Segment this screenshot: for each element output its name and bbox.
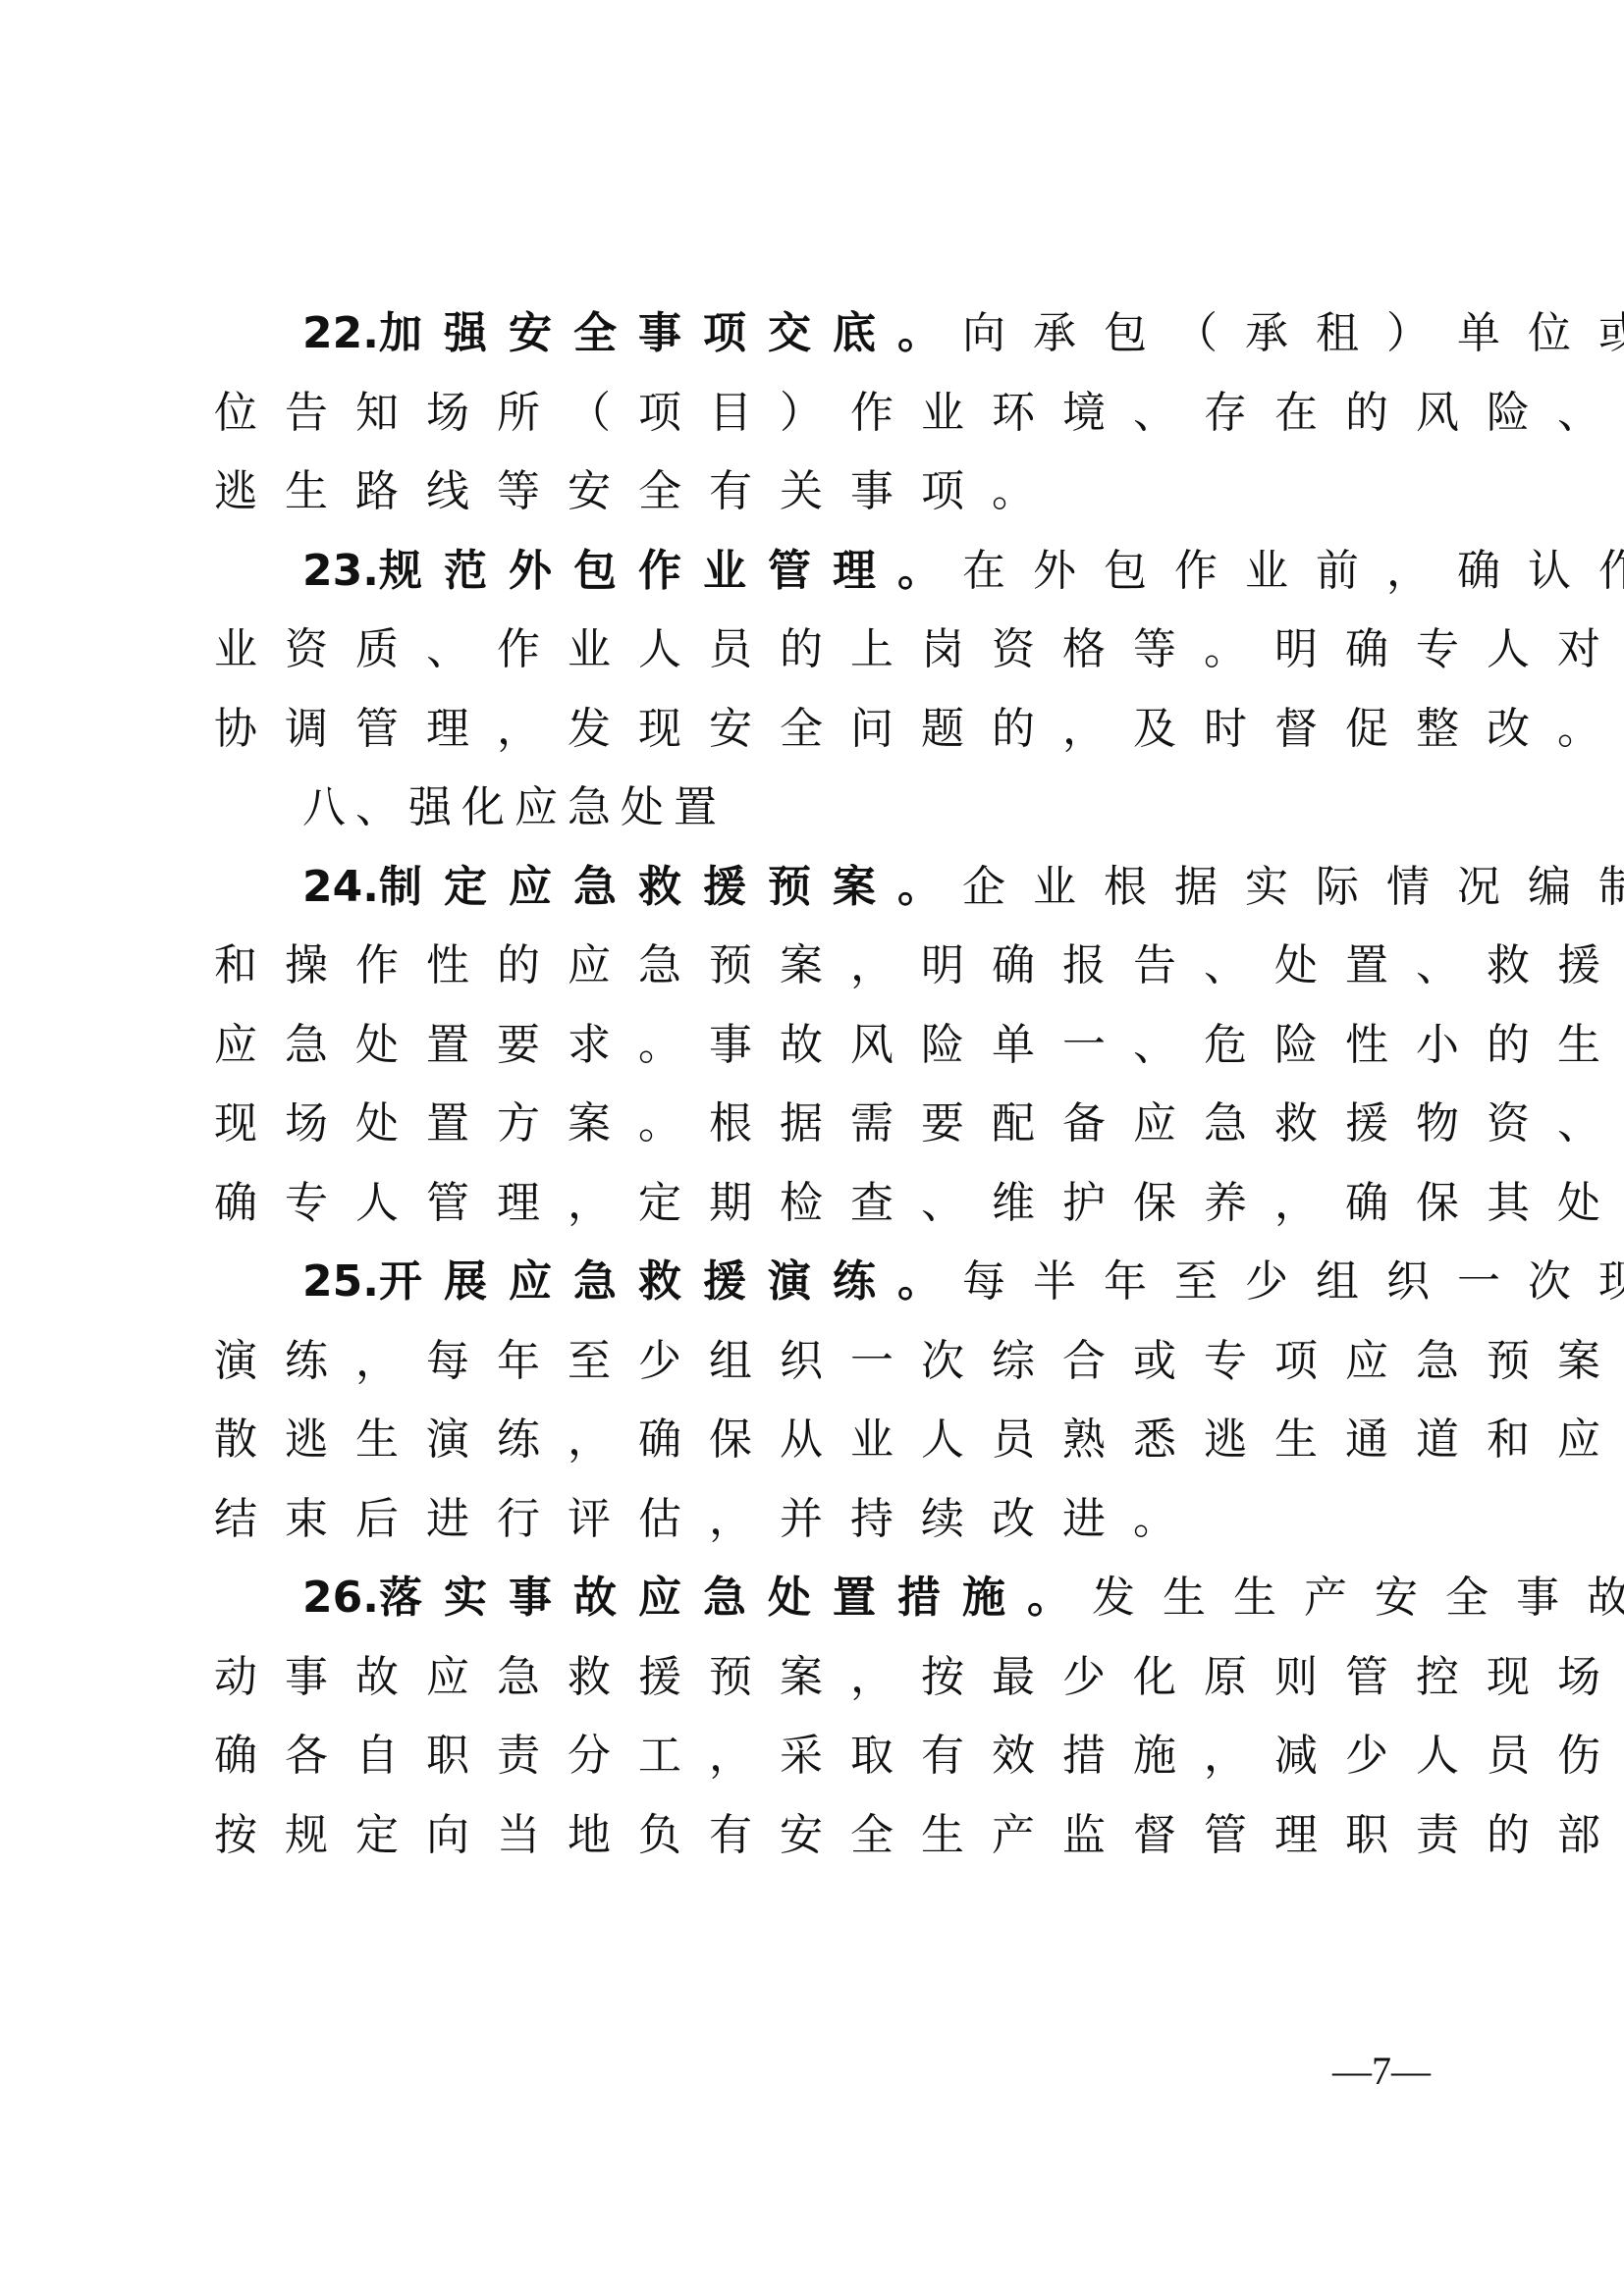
paragraph-23-line-1: 23.规范外包作业管理。在外包作业前，确认作业单位的作 [214, 532, 1432, 612]
paragraph-25-line-3: 散逃生演练，确保从业人员熟悉逃生通道和应急处置方法。演练 [214, 1401, 1432, 1480]
paragraph-22-line-3: 逃生路线等安全有关事项。 [214, 453, 1432, 532]
item-23-text-1: 在外包作业前，确认作业单位的作 [962, 546, 1624, 596]
item-25-title: 开展应急救援演练。 [379, 1256, 962, 1307]
paragraph-24-line-2: 和操作性的应急预案，明确报告、处置、救援和避险等事故初期 [214, 927, 1432, 1006]
section-heading: 八、强化应急处置 [214, 769, 1432, 848]
paragraph-22-line-1: 22.加强安全事项交底。向承包（承租）单位或外包作业单 [214, 294, 1432, 374]
document-body: 22.加强安全事项交底。向承包（承租）单位或外包作业单 位告知场所（项目）作业环… [214, 294, 1432, 1875]
paragraph-24-line-5: 确专人管理，定期检查、维护保养，确保其处于良好状态。 [214, 1164, 1432, 1244]
paragraph-24-line-4: 现场处置方案。根据需要配备应急救援物资、装备和器材，并明 [214, 1085, 1432, 1164]
item-24-text-1: 企业根据实际情况编制具有针对性 [962, 862, 1624, 912]
item-23-heading: 23.规范外包作业管理。 [302, 546, 962, 596]
item-26-number: 26. [302, 1573, 379, 1623]
paragraph-23-line-2: 业资质、作业人员的上岗资格等。明确专人对外包作业现场进行 [214, 611, 1432, 690]
item-23-number: 23. [302, 546, 379, 596]
paragraph-26-line-4: 按规定向当地负有安全生产监督管理职责的部门报告。 [214, 1796, 1432, 1876]
paragraph-23-line-3: 协调管理，发现安全问题的，及时督促整改。 [214, 690, 1432, 770]
item-22-title: 加强安全事项交底。 [379, 308, 962, 358]
paragraph-25-line-2: 演练，每年至少组织一次综合或专项应急预案演练。加强应急疏 [214, 1322, 1432, 1402]
item-26-title: 落实事故应急处置措施。 [379, 1573, 1092, 1623]
item-24-heading: 24.制定应急救援预案。 [302, 862, 962, 912]
item-26-text-1: 发生生产安全事故后，立即启 [1092, 1573, 1624, 1623]
item-22-number: 22. [302, 308, 379, 358]
item-25-heading: 25.开展应急救援演练。 [302, 1256, 962, 1307]
item-24-number: 24. [302, 862, 379, 912]
page-number: —7— [1327, 2042, 1435, 2101]
paragraph-26-line-2: 动事故应急救援预案，按最少化原则管控现场作业人员数量，明 [214, 1638, 1432, 1718]
item-26-heading: 26.落实事故应急处置措施。 [302, 1573, 1092, 1623]
item-24-title: 制定应急救援预案。 [379, 862, 962, 912]
item-23-title: 规范外包作业管理。 [379, 546, 962, 596]
item-22-text-1: 向承包（承租）单位或外包作业单 [962, 308, 1624, 358]
paragraph-25-line-4: 结束后进行评估，并持续改进。 [214, 1480, 1432, 1560]
item-25-number: 25. [302, 1256, 379, 1307]
paragraph-24-line-1: 24.制定应急救援预案。企业根据实际情况编制具有针对性 [214, 848, 1432, 928]
paragraph-24-line-3: 应急处置要求。事故风险单一、危险性小的生产企业，可只编制 [214, 1006, 1432, 1086]
paragraph-26-line-3: 确各自职责分工，采取有效措施，减少人员伤亡和财产损失。并 [214, 1717, 1432, 1796]
paragraph-22-line-2: 位告知场所（项目）作业环境、存在的风险、安全防范措施以及 [214, 374, 1432, 454]
paragraph-25-line-1: 25.开展应急救援演练。每半年至少组织一次现场处置方案 [214, 1243, 1432, 1322]
item-22-heading: 22.加强安全事项交底。 [302, 308, 962, 358]
paragraph-26-line-1: 26.落实事故应急处置措施。发生生产安全事故后，立即启 [214, 1559, 1432, 1638]
item-25-text-1: 每半年至少组织一次现场处置方案 [962, 1256, 1624, 1307]
